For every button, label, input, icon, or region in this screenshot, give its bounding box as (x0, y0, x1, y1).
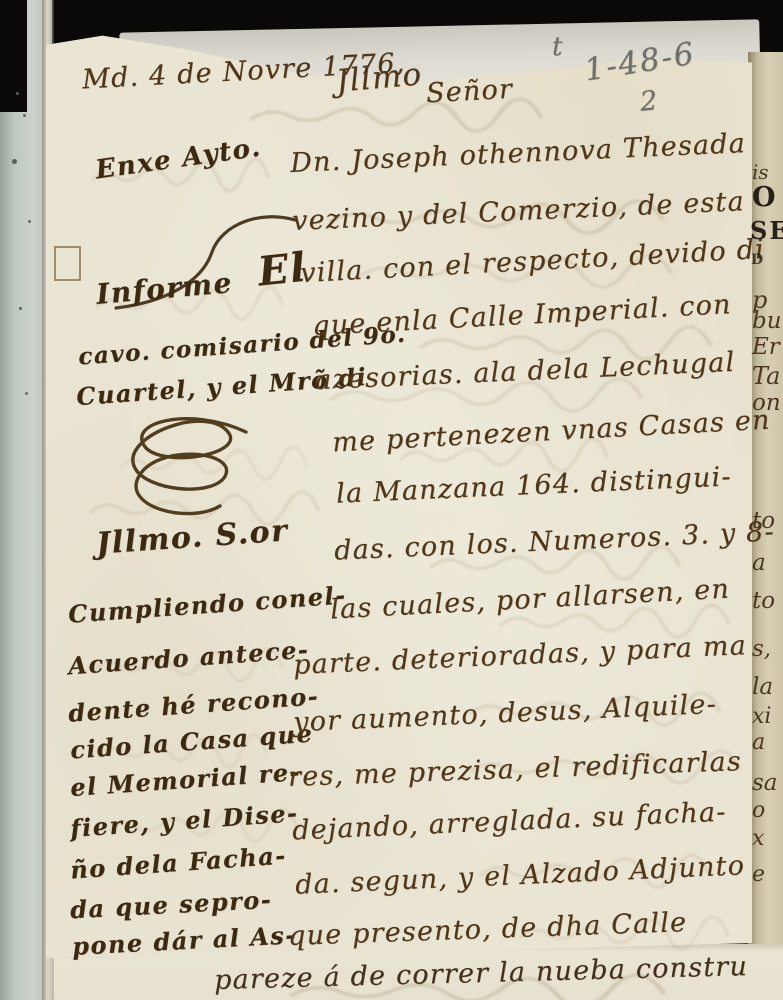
edge-fragment: s, (752, 636, 771, 662)
edge-fragment: a (752, 550, 766, 576)
edge-fragment: Er (752, 334, 780, 360)
edge-print-se: SE (750, 216, 783, 245)
next-sheet-line: pareze á de correr la nueba constru (214, 951, 749, 996)
body-line: villa. con el respecto, devido di (300, 234, 766, 289)
edge-fragment: o (752, 798, 765, 823)
body-line: la Manzana 164. distingui- (336, 461, 733, 509)
margin-report-line: ño dela Facha- (69, 840, 287, 884)
body-line: parte. deterioradas, y para ma (293, 630, 748, 681)
edge-fragment: to (752, 508, 775, 534)
body-line: yor aumento, desus, Alquile- (293, 689, 718, 738)
edge-fragment: a (752, 730, 765, 755)
body-line: Dn. Joseph othennova Thesada (290, 128, 747, 179)
edge-fragment: xi (752, 704, 771, 729)
margin-note-top: Enxe Ayto. (94, 133, 264, 186)
body-line: me pertenezen vnas Casas en (331, 405, 771, 459)
edge-fragment: bu (752, 308, 782, 334)
edge-fragment: is (752, 160, 769, 184)
salutation-word: Señor (425, 74, 514, 110)
body-line: res, me prezisa, el redificarlas (288, 746, 743, 793)
body-line: vezino y del Comerzio, de esta (292, 186, 746, 237)
margin-report-line: Cumpliendo conel- (67, 580, 347, 628)
edge-fragment: on (752, 390, 781, 416)
body-line: que enla Calle Imperial. con (311, 289, 732, 342)
edge-print-d: D (751, 252, 763, 268)
margin-report-line: Acuerdo antece- (67, 635, 310, 681)
salutation-abbrev: Jllmo (335, 56, 424, 99)
margin-report-line: da que sepro- (69, 885, 272, 925)
archival-code: 1-48-6 (582, 35, 698, 88)
edge-fragment: x (752, 826, 764, 851)
edge-fragment: Ta (752, 362, 780, 390)
edge-fragment: sa (752, 770, 778, 796)
edge-fragment: la (752, 674, 773, 700)
body-line: dejando, arreglada. su facha- (292, 797, 728, 847)
body-line: das. con los. Numeros. 3. y 8- (334, 516, 776, 566)
body-line: da. segun, y el Alzado Adjunto (295, 850, 746, 901)
archival-tick-mark: t (552, 32, 564, 62)
margin-report-line: el Memorial re- (69, 757, 302, 802)
margin-report-line: pone dár al As- (71, 920, 297, 961)
margin-report-line: fiere, y el Dise- (69, 798, 299, 843)
body-line: azesorias. ala dela Lechugal (315, 347, 736, 396)
body-line: las cuales, por allarsen, en (329, 574, 730, 626)
body-line: que presento, de dha Calle (288, 907, 688, 952)
edge-fragment: e (752, 862, 765, 887)
edge-fragment: to (752, 588, 775, 614)
manuscript-scan: Md. 4 de Novre 1776, Jllmo Señor t 1-48-… (0, 0, 783, 1000)
rubric-flourish (96, 412, 286, 527)
edge-print-o: O (752, 182, 776, 213)
archival-page-number: 2 (639, 85, 661, 118)
handwriting-layer: Md. 4 de Novre 1776, Jllmo Señor t 1-48-… (0, 0, 783, 1000)
